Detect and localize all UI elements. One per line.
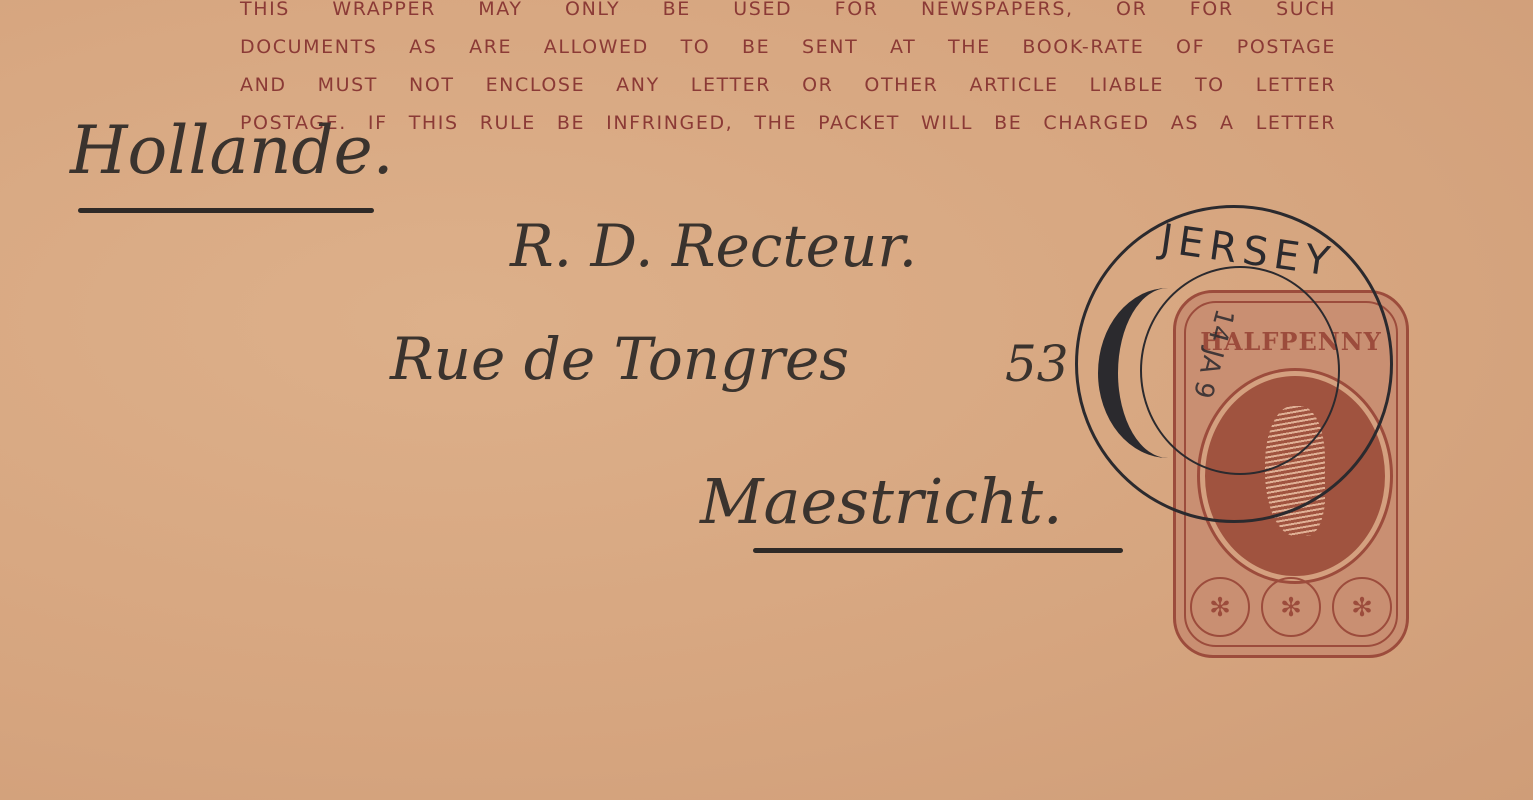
notice-line-3: AND MUST NOT ENCLOSE ANY LETTER OR OTHER… [240, 66, 1336, 104]
wrapper-regulation-notice: THIS WRAPPER MAY ONLY BE USED FOR NEWSPA… [240, 0, 1336, 142]
rosette-icon: ✻ [1190, 577, 1250, 637]
handwritten-street: Rue de Tongres [390, 325, 849, 393]
country-underline [78, 208, 374, 213]
jersey-postmark: JERSEY 14 JA 9 [1075, 205, 1393, 523]
notice-line-4: POSTAGE. IF THIS RULE BE INFRINGED, THE … [240, 104, 1336, 142]
rosette-icon: ✻ [1261, 577, 1321, 637]
handwritten-recipient: R. D. Recteur. [510, 212, 917, 280]
notice-line-2: DOCUMENTS AS ARE ALLOWED TO BE SENT AT T… [240, 28, 1336, 66]
handwritten-country: Hollande. [70, 112, 394, 189]
handwritten-house-number: 53 [1005, 335, 1069, 393]
stamp-rosettes: ✻ ✻ ✻ [1190, 577, 1392, 637]
rosette-icon: ✻ [1332, 577, 1392, 637]
handwritten-city: Maestricht. [700, 465, 1063, 538]
notice-line-1: THIS WRAPPER MAY ONLY BE USED FOR NEWSPA… [240, 0, 1336, 28]
city-underline [753, 548, 1123, 553]
